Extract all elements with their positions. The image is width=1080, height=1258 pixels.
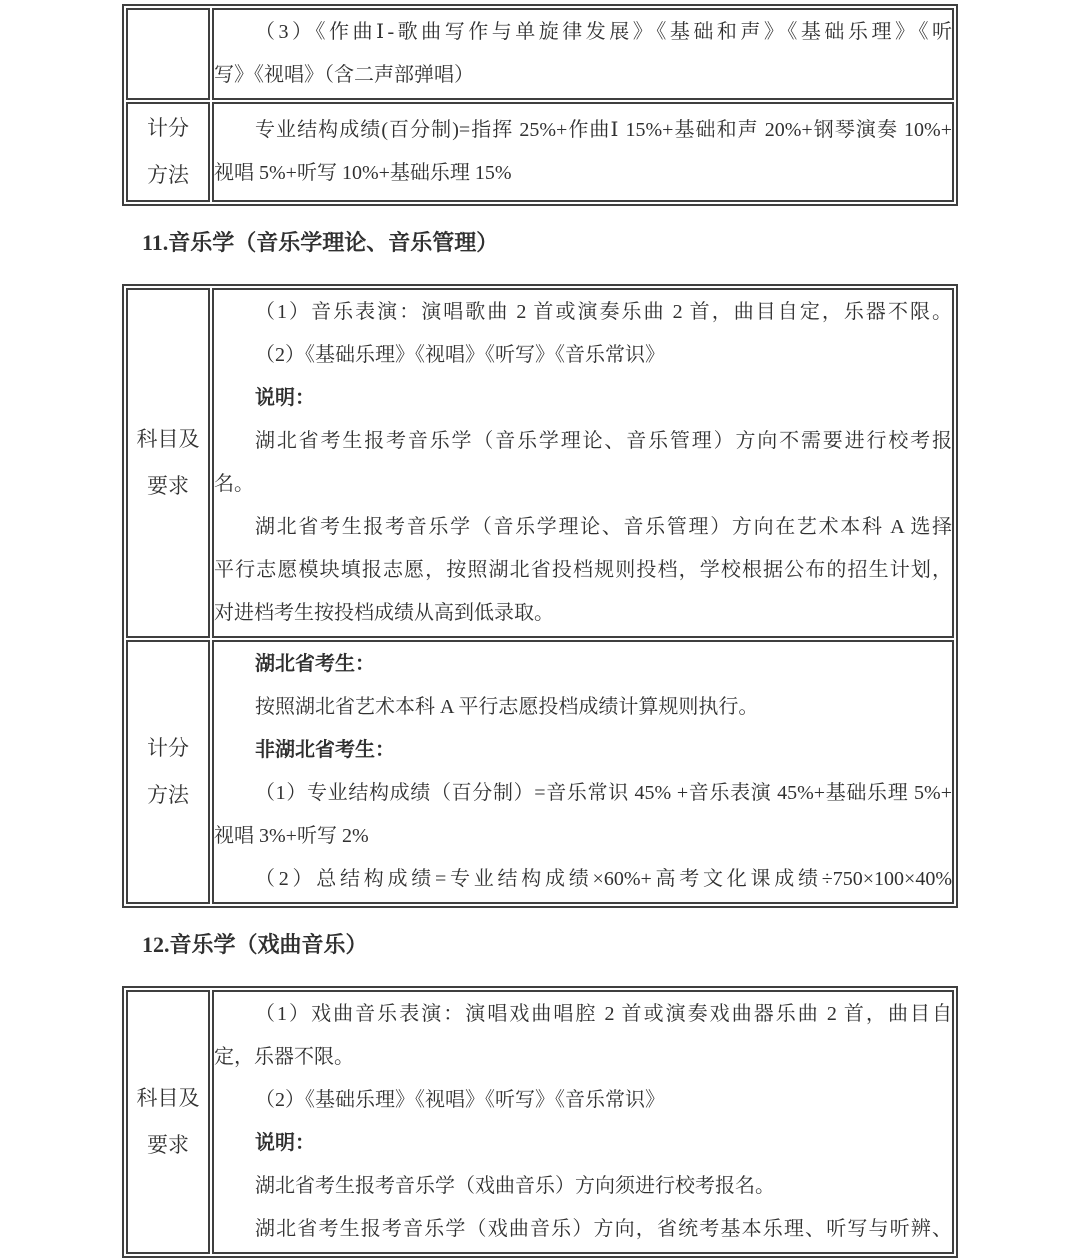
table-row: 计分 方法 专业结构成绩(百分制)=指挥 25%+作曲Ⅰ 15%+基础和声 20…: [126, 102, 954, 202]
paragraph-line: 专业结构成绩(百分制)=指挥 25%+作曲Ⅰ 15%+基础和声 20%+钢琴演奏…: [214, 109, 952, 152]
table-row: 科目及 要求 （1）戏曲音乐表演：演唱戏曲唱腔 2 首或演奏戏曲器乐曲 2 首，…: [126, 990, 954, 1254]
table-previous-major: （3）《作曲Ⅰ-歌曲写作与单旋律发展》《基础和声》《基础乐理》《听 写》《视唱》…: [122, 4, 958, 206]
subgroup-title-line: 湖北省考生：: [214, 643, 952, 686]
paragraph-line: 定，乐器不限。: [214, 1036, 952, 1079]
table-row: 科目及 要求 （1）音乐表演：演唱歌曲 2 首或演奏乐曲 2 首，曲目自定，乐器…: [126, 288, 954, 638]
paragraph-line: （3）《作曲Ⅰ-歌曲写作与单旋律发展》《基础和声》《基础乐理》《听: [214, 11, 952, 54]
empty-label-cell: [126, 8, 210, 100]
table-row: （3）《作曲Ⅰ-歌曲写作与单旋律发展》《基础和声》《基础乐理》《听 写》《视唱》…: [126, 8, 954, 100]
paragraph-line: （2）总结构成绩=专业结构成绩×60%+高考文化课成绩÷750×100×40%: [214, 858, 952, 901]
note-title-line: 说明：: [214, 1122, 952, 1165]
note-title-line: 说明：: [214, 377, 952, 420]
subjects-content-cell: （1）戏曲音乐表演：演唱戏曲唱腔 2 首或演奏戏曲器乐曲 2 首，曲目自 定，乐…: [212, 990, 954, 1254]
row-label-scoring-method: 计分 方法: [126, 640, 210, 904]
scoring-content-cell: 湖北省考生： 按照湖北省艺术本科 A 平行志愿投档成绩计算规则执行。 非湖北省考…: [212, 640, 954, 904]
paragraph-line: （1）专业结构成绩（百分制）=音乐常识 45% +音乐表演 45%+基础乐理 5…: [214, 772, 952, 815]
section-heading-12: 12.音乐学（戏曲音乐）: [122, 930, 958, 960]
paragraph-line: 湖北省考生报考音乐学（音乐学理论、音乐管理）方向不需要进行校考报: [214, 420, 952, 463]
subjects-content-cell: （1）音乐表演：演唱歌曲 2 首或演奏乐曲 2 首，曲目自定，乐器不限。 （2）…: [212, 288, 954, 638]
paragraph-line: 湖北省考生报考音乐学（戏曲音乐）方向，省统考基本乐理、听写与听辨、: [214, 1208, 952, 1251]
paragraph-line: 视唱 3%+听写 2%: [214, 815, 952, 858]
label-line: 科目及: [128, 416, 208, 463]
label-line: 方法: [128, 152, 208, 199]
scoring-content-cell: 专业结构成绩(百分制)=指挥 25%+作曲Ⅰ 15%+基础和声 20%+钢琴演奏…: [212, 102, 954, 202]
label-line: 要求: [128, 1122, 208, 1169]
label-line: 计分: [128, 105, 208, 152]
document-page: （3）《作曲Ⅰ-歌曲写作与单旋律发展》《基础和声》《基础乐理》《听 写》《视唱》…: [0, 0, 1080, 1258]
table-row: 计分 方法 湖北省考生： 按照湖北省艺术本科 A 平行志愿投档成绩计算规则执行。…: [126, 640, 954, 904]
row-label-subjects-requirements: 科目及 要求: [126, 990, 210, 1254]
paragraph-line: （1）戏曲音乐表演：演唱戏曲唱腔 2 首或演奏戏曲器乐曲 2 首，曲目自: [214, 993, 952, 1036]
label-line: 要求: [128, 463, 208, 510]
paragraph-line: 对进档考生按投档成绩从高到低录取。: [214, 592, 952, 635]
paragraph-line: 视唱 5%+听写 10%+基础乐理 15%: [214, 152, 952, 195]
paragraph-line: 湖北省考生报考音乐学（戏曲音乐）方向须进行校考报名。: [214, 1165, 952, 1208]
section-heading-11: 11.音乐学（音乐学理论、音乐管理）: [122, 228, 958, 258]
label-line: 方法: [128, 772, 208, 819]
paragraph-line: 按照湖北省艺术本科 A 平行志愿投档成绩计算规则执行。: [214, 686, 952, 729]
row-label-scoring-method: 计分 方法: [126, 102, 210, 202]
paragraph-line: 湖北省考生报考音乐学（音乐学理论、音乐管理）方向在艺术本科 A 选择: [214, 506, 952, 549]
table-musicology-opera-music: 科目及 要求 （1）戏曲音乐表演：演唱戏曲唱腔 2 首或演奏戏曲器乐曲 2 首，…: [122, 986, 958, 1258]
table-musicology-theory-management: 科目及 要求 （1）音乐表演：演唱歌曲 2 首或演奏乐曲 2 首，曲目自定，乐器…: [122, 284, 958, 908]
subjects-content-cell: （3）《作曲Ⅰ-歌曲写作与单旋律发展》《基础和声》《基础乐理》《听 写》《视唱》…: [212, 8, 954, 100]
label-line: 科目及: [128, 1075, 208, 1122]
label-line: 计分: [128, 725, 208, 772]
subgroup-title-line: 非湖北省考生：: [214, 729, 952, 772]
paragraph-line: （1）音乐表演：演唱歌曲 2 首或演奏乐曲 2 首，曲目自定，乐器不限。: [214, 291, 952, 334]
paragraph-line: （2）《基础乐理》《视唱》《听写》《音乐常识》: [214, 334, 952, 377]
paragraph-line: 写》《视唱》（含二声部弹唱）: [214, 54, 952, 97]
paragraph-line: 名。: [214, 463, 952, 506]
row-label-subjects-requirements: 科目及 要求: [126, 288, 210, 638]
paragraph-line: 平行志愿模块填报志愿，按照湖北省投档规则投档，学校根据公布的招生计划，: [214, 549, 952, 592]
paragraph-line: （2）《基础乐理》《视唱》《听写》《音乐常识》: [214, 1079, 952, 1122]
